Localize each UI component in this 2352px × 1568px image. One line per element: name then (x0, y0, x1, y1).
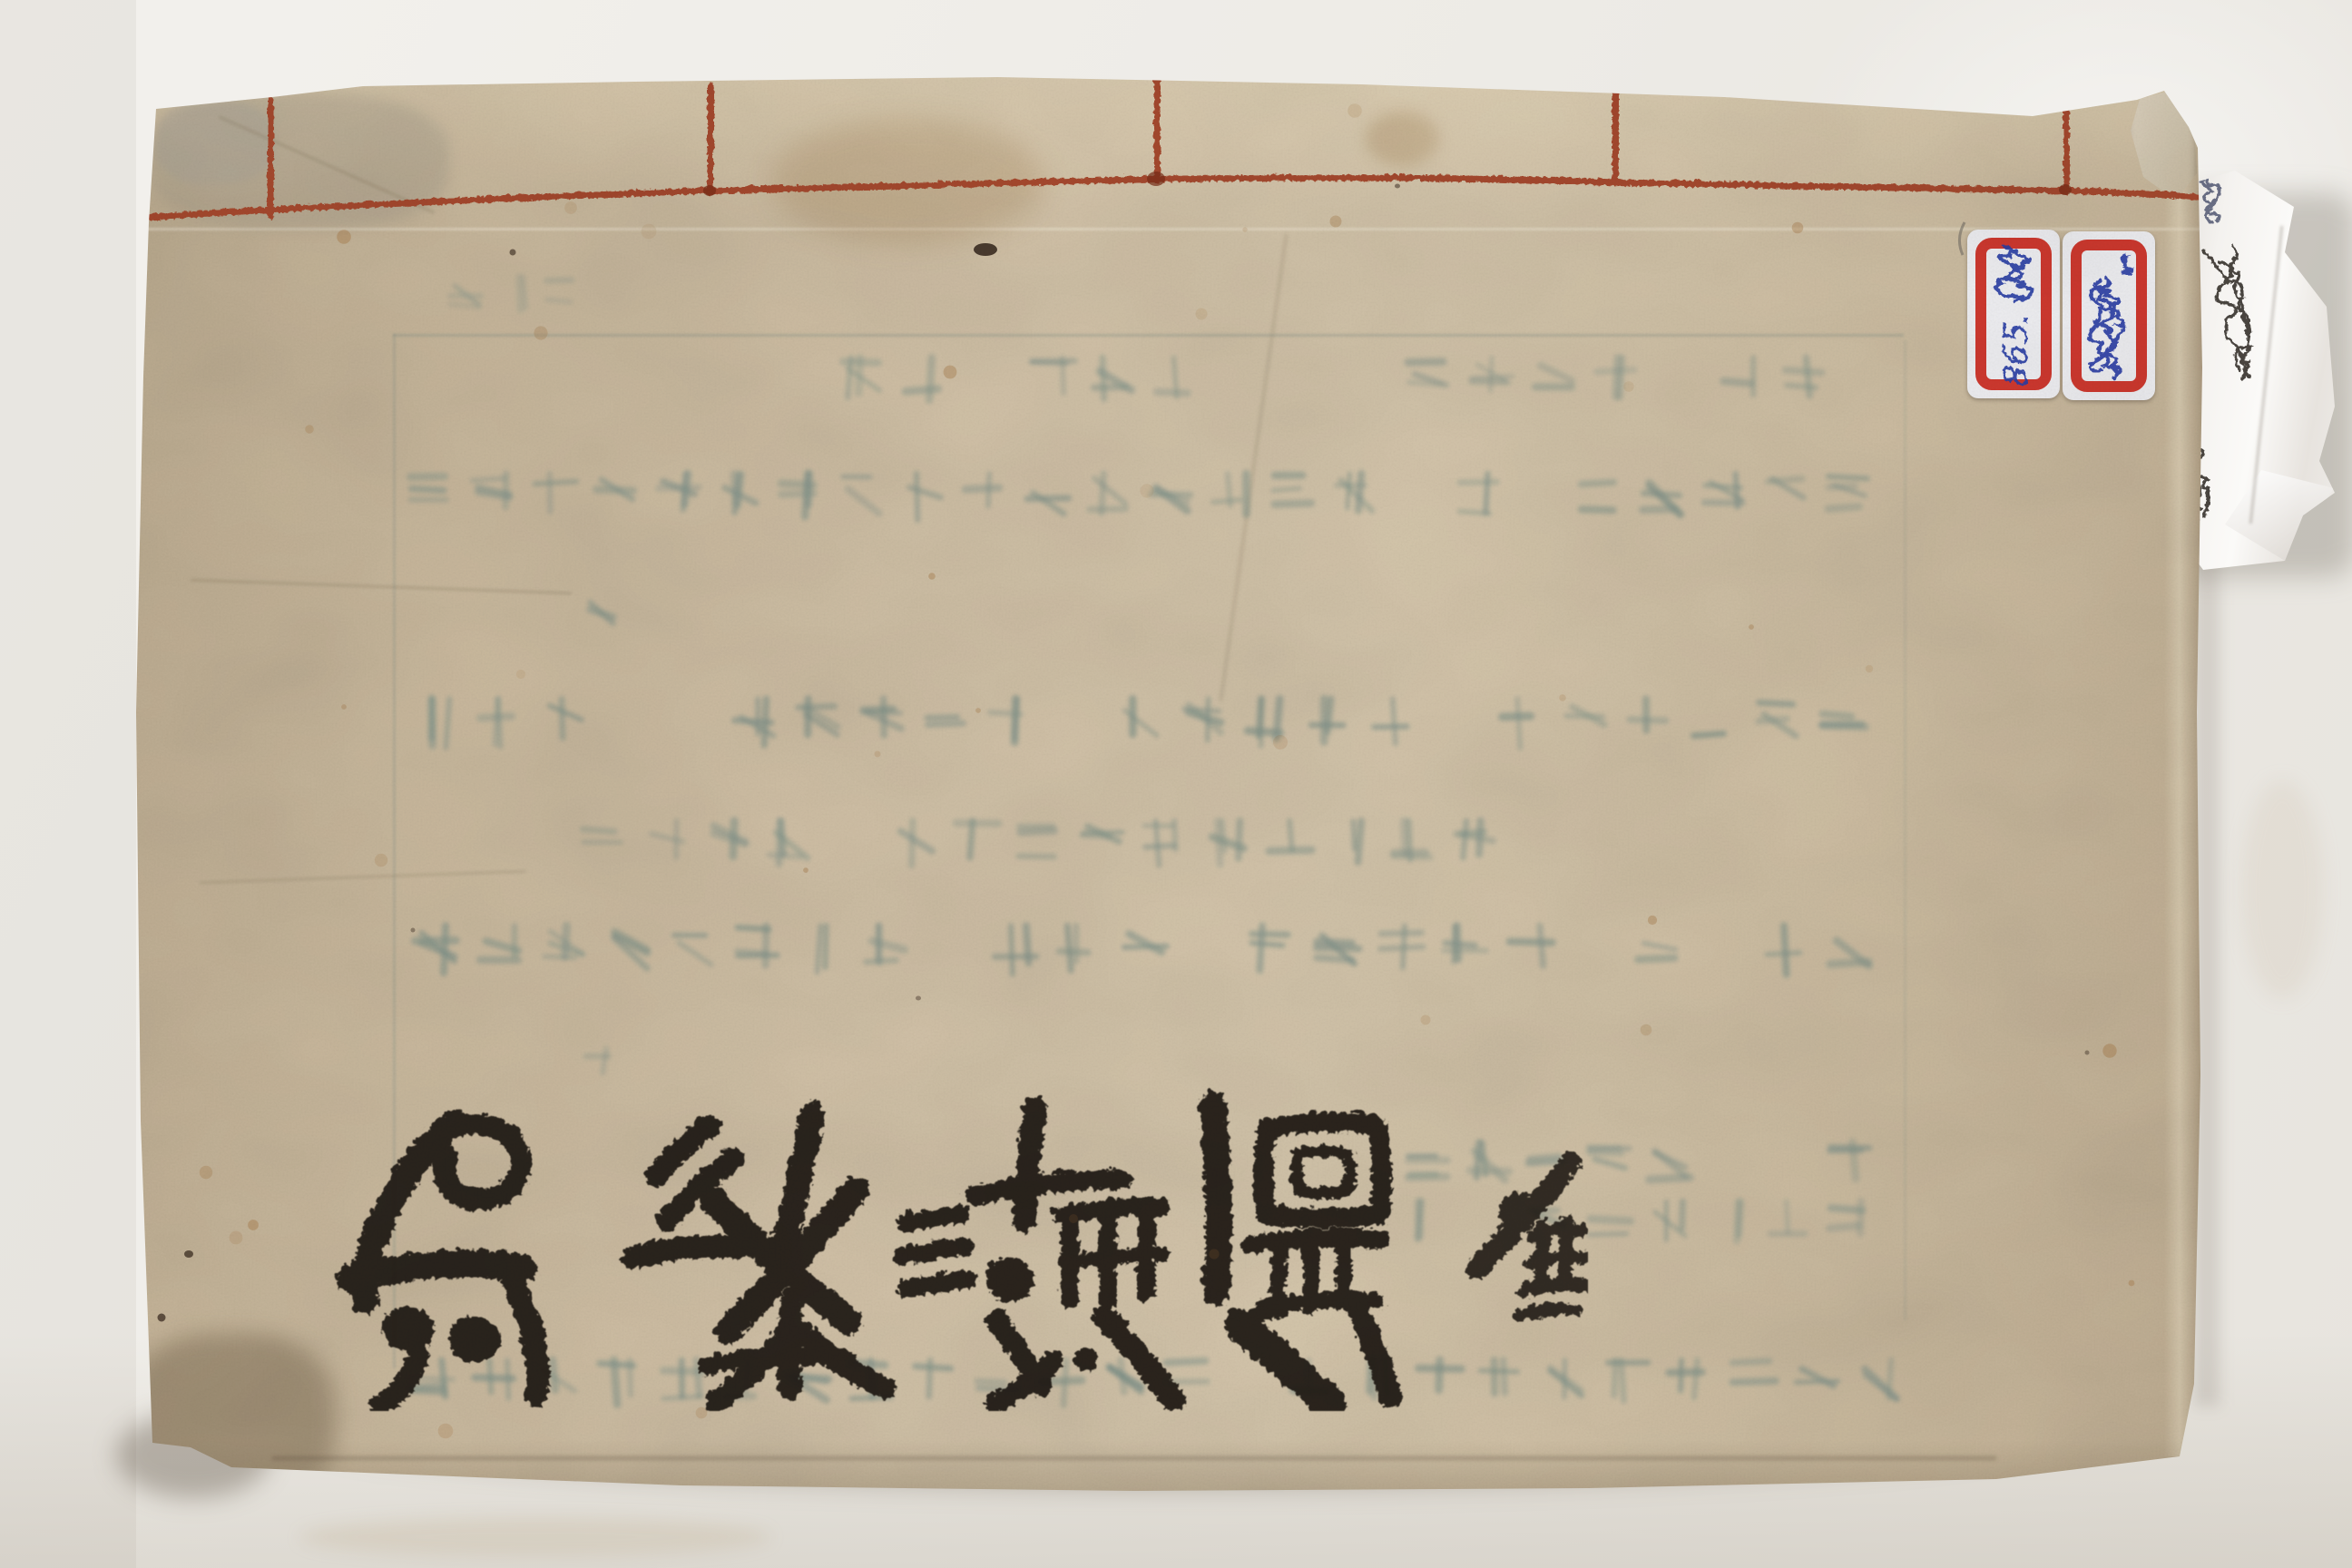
title-sticker (2063, 231, 2155, 400)
call-number-script: 865. (1986, 241, 2041, 387)
backdrop-stain (299, 1517, 771, 1557)
backdrop-stain (2241, 780, 2323, 998)
backdrop-left-shade (0, 0, 136, 1568)
photo-canvas: { "meta": { "kind": "photograph", "subje… (0, 0, 2352, 1568)
title-calligraphy (299, 1084, 1434, 1411)
svg-text:865.: 865. (1995, 311, 2034, 387)
book-cover: 865. (136, 77, 2205, 1493)
call-number-sticker: 865. (1967, 230, 2060, 398)
volume-mark-calligraphy (1452, 1139, 1588, 1338)
title-sticker-script (2082, 243, 2136, 388)
pencil-mark (1959, 222, 1965, 255)
